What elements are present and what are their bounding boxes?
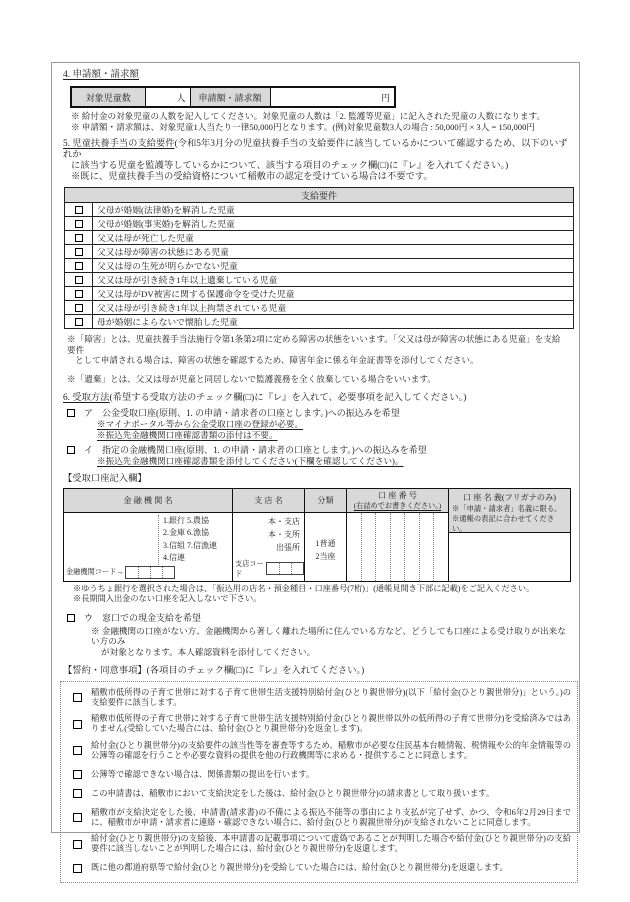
requirement-text: 父母が婚姻(事実婚)を解消した児童: [93, 217, 574, 231]
bank-code-boxes[interactable]: [125, 566, 175, 579]
bank-name-field[interactable]: 1.銀行 5.農協 2.金庫 6.漁協 3.信組 7.信漁連 4.信連 金融機関…: [64, 513, 232, 581]
class-header: 分類: [305, 489, 346, 513]
account-number-field: [347, 513, 448, 581]
requirement-text: 父又は母が引き続き1年以上遺棄している児童: [93, 273, 574, 287]
cash-note-2: が対象となります。本人確認資料を添付してください。: [101, 647, 569, 658]
branch-name-column: 支 店 名 本・支店 本・支所 出張所 支店コード: [232, 489, 304, 581]
option-a-kana: ア: [84, 408, 93, 419]
option-i-kana: イ: [84, 445, 93, 456]
pledge-item: 公簿等で確認できない場合は、関係書類の提出を行います。: [67, 770, 571, 780]
pledge-item: この申請書は、稲敷市において支給決定をした後は、給付金(ひとり親世帯分)の請求書…: [67, 789, 571, 799]
class-option-futsu[interactable]: 1普通: [305, 537, 346, 550]
section4-title-text: 4. 申請額・請求額: [63, 70, 139, 80]
amount-table-row: 対象児童数 人 申請額・請求額 円: [71, 87, 395, 107]
pledge-item: 給付金(ひとり親世帯分)の支給後、本申請書の記載事項について虚偽であることが判明…: [67, 834, 571, 854]
bank-code-row: 金融機関コード→: [66, 566, 175, 579]
option-i-text: 指定の金融機関口座(原則、1. の申請・請求者の口座とします。)への振込みを希望: [102, 445, 427, 456]
amount-field[interactable]: 円: [270, 87, 395, 107]
amount-table: 対象児童数 人 申請額・請求額 円: [70, 86, 396, 108]
requirement-row: 父又は母が引き続き1年以上拘禁されている児童: [65, 301, 574, 315]
requirement-checkbox-3[interactable]: [75, 234, 83, 242]
branch-type-option[interactable]: 本・支所: [233, 528, 300, 541]
pledge-checkbox-6[interactable]: [73, 813, 82, 822]
requirement-text: 父又は母が死亡した児童: [93, 231, 574, 245]
account-number-header-text: 口 座 番 号: [378, 490, 417, 501]
option-i-checkbox[interactable]: [67, 446, 75, 454]
requirement-text: 父母が婚姻(法律婚)を解消した児童: [93, 203, 574, 217]
form-frame: 4. 申請額・請求額 対象児童数 人 申請額・請求額 円 ※ 給付金の対象児童の…: [51, 62, 580, 833]
children-unit-label: 人: [176, 93, 185, 103]
branch-name-header: 支 店 名: [233, 489, 304, 513]
section4-note-2: ※ 申請額・請求額は、対象児童1人当たり一律50,000円となります。(例)対象…: [71, 122, 569, 133]
holder-name-column: 口 座 名 義(フリガナのみ) ※「申請・請求者」名義に限る。 ※通帳の表記に合…: [448, 489, 570, 581]
account-number-digit-cell[interactable]: [419, 513, 434, 581]
branch-code-row: 支店コード: [235, 559, 304, 579]
option-u-text: 窓口での現金支給を希望: [102, 613, 201, 624]
requirement-checkbox-2[interactable]: [75, 220, 83, 228]
pledge-box: 稲敷市低所得の子育て世帯に対する子育て世帯生活支援特別給付金(ひとり親世帯分)(…: [60, 681, 578, 884]
bank-type-option[interactable]: 2.金庫 6.漁協: [163, 527, 217, 540]
requirement-text: 父又は母が引き続き1年以上拘禁されている児童: [93, 301, 574, 315]
requirement-text: 父又は母がDV被害に関する保護命令を受けた児童: [93, 287, 574, 301]
holder-note-2: ※通帳の表記に合わせてください。: [452, 514, 567, 534]
option-a-text: 公金受取口座(原則、1. の申請・請求者の口座とします。)への振込みを希望: [102, 408, 400, 419]
class-column: 分類 1普通 2当座: [304, 489, 346, 581]
target-children-count-field[interactable]: 人: [145, 87, 190, 107]
account-number-digit-cell[interactable]: [347, 513, 361, 581]
holder-name-field[interactable]: [449, 533, 570, 581]
option-i-note: ※振込先金融機関口座確認書類を添付してください(下欄を確認してください)。: [97, 456, 569, 467]
pledge-item-text: 稲敷市低所得の子育て世帯に対する子育て世帯生活支援特別給付金(ひとり親世帯分)(…: [91, 688, 571, 708]
pledge-item-text: 稲敷市が支給決定をした後、申請書(請求書)の不備による振込不能等の事由により支払…: [91, 808, 571, 828]
requirement-row: 父又は母の生死が明らかでない児童: [65, 259, 574, 273]
disability-note-1: ※「障害」とは、児童扶養手当法施行令第1条第2項に定める障害の状態をいいます。「…: [67, 334, 569, 355]
option-a-note-1-text: ※マイナポータル等から公金受取口座の登録が必要。: [97, 419, 303, 429]
option-a-row: ア 公金受取口座(原則、1. の申請・請求者の口座とします。)への振込みを希望: [67, 408, 569, 419]
bank-type-option[interactable]: 1.銀行 5.農協: [163, 515, 217, 528]
disability-note-2: として申請される場合は、障害の状態を確認するため、障害年金に係る年金証書等を添付…: [75, 355, 569, 366]
account-number-column: 口 座 番 号 (右詰めでお書きください。): [346, 489, 448, 581]
branch-type-option[interactable]: 本・支店: [233, 515, 300, 528]
yen-unit-label: 円: [381, 93, 390, 103]
bank-code-label: 金融機関コード→: [66, 567, 124, 577]
section4-title: 4. 申請額・請求額: [63, 69, 569, 81]
branch-name-field[interactable]: 本・支店 本・支所 出張所 支店コード: [233, 513, 304, 581]
option-a-note-2: ※振込先金融機関口座確認書類の添付は不要。: [97, 430, 569, 441]
section6-title: 6. 受取方法(希望する受取方法のチェック欄(□)に『レ』を入れて、必要事項を記…: [63, 393, 569, 404]
requirements-header: 支給要件: [65, 188, 574, 203]
requirement-row: 父又は母がDV被害に関する保護命令を受けた児童: [65, 287, 574, 301]
pledge-checkbox-4[interactable]: [73, 770, 82, 779]
requirement-checkbox-1[interactable]: [75, 206, 83, 214]
requirement-row: 父又は母が障害の状態にある児童: [65, 245, 574, 259]
pledge-checkbox-1[interactable]: [73, 693, 82, 702]
option-u-kana: ウ: [84, 613, 93, 624]
abandon-note: ※「遺棄」とは、父又は母が児童と同居しないで監護義務を全く放棄している場合をいい…: [67, 374, 569, 385]
option-i-row: イ 指定の金融機関口座(原則、1. の申請・請求者の口座とします。)への振込みを…: [67, 445, 569, 456]
pledge-item-text: 既に他の都道府県等で給付金(ひとり親世帯分)を受給していた場合には、給付金(ひと…: [91, 863, 571, 873]
yucho-note: ※ゆうちょ銀行を選択された場合は、「振込用の店名・預金種目・口座番号(7桁)」(…: [73, 584, 569, 595]
section6-title-text: 6. 受取方法: [63, 393, 110, 403]
branch-type-list: 本・支店 本・支所 出張所: [233, 513, 304, 554]
bank-name-header: 金 融 機 関 名: [64, 489, 232, 513]
bank-type-option[interactable]: 3.信組 7.信漁連: [163, 540, 217, 553]
account-number-digit-cell[interactable]: [390, 513, 405, 581]
class-field[interactable]: 1普通 2当座: [305, 513, 346, 581]
dormant-account-note: ※長期間入出金のない口座を記入しないで下さい。: [73, 594, 569, 605]
account-number-digit-cell[interactable]: [433, 513, 448, 581]
account-number-digit-cell[interactable]: [361, 513, 376, 581]
account-number-cells: [347, 513, 448, 581]
account-number-header-note: (右詰めでお書きください。): [354, 501, 441, 511]
pledge-item-text: 給付金(ひとり親世帯分)の支給後、本申請書の記載事項について虚偽であることが判明…: [91, 834, 571, 854]
pledge-checkbox-5[interactable]: [73, 789, 82, 798]
option-a-note-1: ※マイナポータル等から公金受取口座の登録が必要。: [97, 419, 569, 430]
account-table: 金 融 機 関 名 1.銀行 5.農協 2.金庫 6.漁協 3.信組 7.信漁連…: [63, 488, 571, 582]
holder-name-header-text: 口 座 名 義(フリガナのみ): [452, 491, 567, 504]
section6-title-rest: (希望する受取方法のチェック欄(□)に『レ』を入れて、必要事項を記入してください…: [110, 393, 467, 403]
requirement-checkbox-5[interactable]: [75, 262, 83, 270]
requirement-checkbox-4[interactable]: [75, 248, 83, 256]
pledge-item-text: 給付金(ひとり親世帯分)の支給要件の該当性等を審査等するため、稲敷市が必要な住民…: [91, 741, 571, 761]
pledge-item-text: 公簿等で確認できない場合は、関係書類の提出を行います。: [91, 770, 571, 780]
section5-title: 5. 児童扶養手当の支給要件(令和5年3月分の児童扶養手当の支給要件に該当してい…: [63, 139, 569, 161]
account-number-header: 口 座 番 号 (右詰めでお書きください。): [347, 489, 448, 513]
requirement-checkbox-9[interactable]: [75, 318, 83, 326]
requirement-row: 父又は母が死亡した児童: [65, 231, 574, 245]
account-box-title: 【受取口座記入欄】: [63, 474, 569, 485]
pledge-item: 既に他の都道府県等で給付金(ひとり親世帯分)を受給していた場合には、給付金(ひと…: [67, 863, 571, 873]
bank-name-column: 金 融 機 関 名 1.銀行 5.農協 2.金庫 6.漁協 3.信組 7.信漁連…: [64, 489, 232, 581]
pledge-checkbox-3[interactable]: [73, 746, 82, 755]
option-u-row: ウ 窓口での現金支給を希望: [67, 613, 569, 624]
section4-note-1: ※ 給付金の対象児童の人数を記入してください。対象児童の人数は「2. 監護等児童…: [71, 111, 569, 122]
requirement-checkbox-7[interactable]: [75, 290, 83, 298]
pledge-item-text: この申請書は、稲敷市において支給決定をした後は、給付金(ひとり親世帯分)の請求書…: [91, 789, 571, 799]
requirement-text: 父又は母の生死が明らかでない児童: [93, 259, 574, 273]
holder-note-1: ※「申請・請求者」名義に限る。: [452, 504, 567, 514]
requirement-checkbox-8[interactable]: [75, 304, 83, 312]
holder-name-header: 口 座 名 義(フリガナのみ) ※「申請・請求者」名義に限る。 ※通帳の表記に合…: [449, 489, 570, 533]
pledge-item: 稲敷市低所得の子育て世帯に対する子育て世帯生活支援特別給付金(ひとり親世帯分)(…: [67, 688, 571, 708]
option-a-checkbox[interactable]: [67, 409, 75, 417]
pledge-checkbox-7[interactable]: [73, 840, 82, 849]
account-number-digit-cell[interactable]: [404, 513, 419, 581]
option-a-note-2-text: ※振込先金融機関口座確認書類の添付は不要。: [97, 430, 277, 440]
option-u-checkbox[interactable]: [67, 614, 75, 622]
pledge-checkbox-8[interactable]: [73, 864, 82, 873]
pledge-item: 稲敷市が支給決定をした後、申請書(請求書)の不備による振込不能等の事由により支払…: [67, 808, 571, 828]
pledge-item-text: 稲敷市低所得の子育て世帯に対する子育て世帯生活支援特別給付金(ひとり親世帯以外の…: [91, 714, 571, 734]
requirement-row: 父母が婚姻(事実婚)を解消した児童: [65, 217, 574, 231]
pledge-item: 給付金(ひとり親世帯分)の支給要件の該当性等を審査等するため、稲敷市が必要な住民…: [67, 741, 571, 761]
branch-code-label: 支店コード: [235, 559, 265, 579]
pledge-item: 稲敷市低所得の子育て世帯に対する子育て世帯生活支援特別給付金(ひとり親世帯以外の…: [67, 714, 571, 734]
requirement-text: 母が婚姻によらないで懐胎した児童: [93, 315, 574, 329]
requirement-row: 父又は母が引き続き1年以上遺棄している児童: [65, 273, 574, 287]
pledge-checkbox-2[interactable]: [73, 720, 82, 729]
requirement-row: 父母が婚姻(法律婚)を解消した児童: [65, 203, 574, 217]
requirements-table: 支給要件 父母が婚姻(法律婚)を解消した児童 父母が婚姻(事実婚)を解消した児童…: [64, 187, 574, 329]
pledge-title: 【誓約・同意事項】(各項目のチェック欄(□)に『レ』を入れてください。): [63, 666, 569, 677]
account-number-digit-cell[interactable]: [375, 513, 390, 581]
branch-code-boxes[interactable]: [266, 562, 304, 575]
amount-label: 申請額・請求額: [190, 87, 270, 107]
requirement-row: 母が婚姻によらないで懐胎した児童: [65, 315, 574, 329]
requirement-text: 父又は母が障害の状態にある児童: [93, 245, 574, 259]
class-option-toza[interactable]: 2当座: [305, 550, 346, 563]
bank-type-list: 1.銀行 5.農協 2.金庫 6.漁協 3.信組 7.信漁連 4.信連: [158, 515, 217, 565]
section5-desc-3: ※既に、児童扶養手当の受給資格について稲敷市の認定を受けている場合は不要です。: [71, 172, 569, 183]
option-i-note-text: ※振込先金融機関口座確認書類を添付してください(下欄を確認してください)。: [97, 456, 404, 466]
bank-type-option[interactable]: 4.信連: [163, 552, 217, 565]
section5-title-text: 5. 児童扶養手当の支給要件: [63, 139, 175, 149]
section5-desc-2: に該当する児童を監護等しているかについて、該当する項目のチェック欄(□)に『レ』…: [71, 161, 569, 172]
cash-note-1: ※ 金融機関の口座がない方、金融機関から著しく離れた場所に住んでいる方など、どう…: [91, 626, 569, 647]
target-children-count-label: 対象児童数: [71, 87, 145, 107]
branch-type-option[interactable]: 出張所: [233, 541, 300, 554]
requirement-checkbox-6[interactable]: [75, 276, 83, 284]
